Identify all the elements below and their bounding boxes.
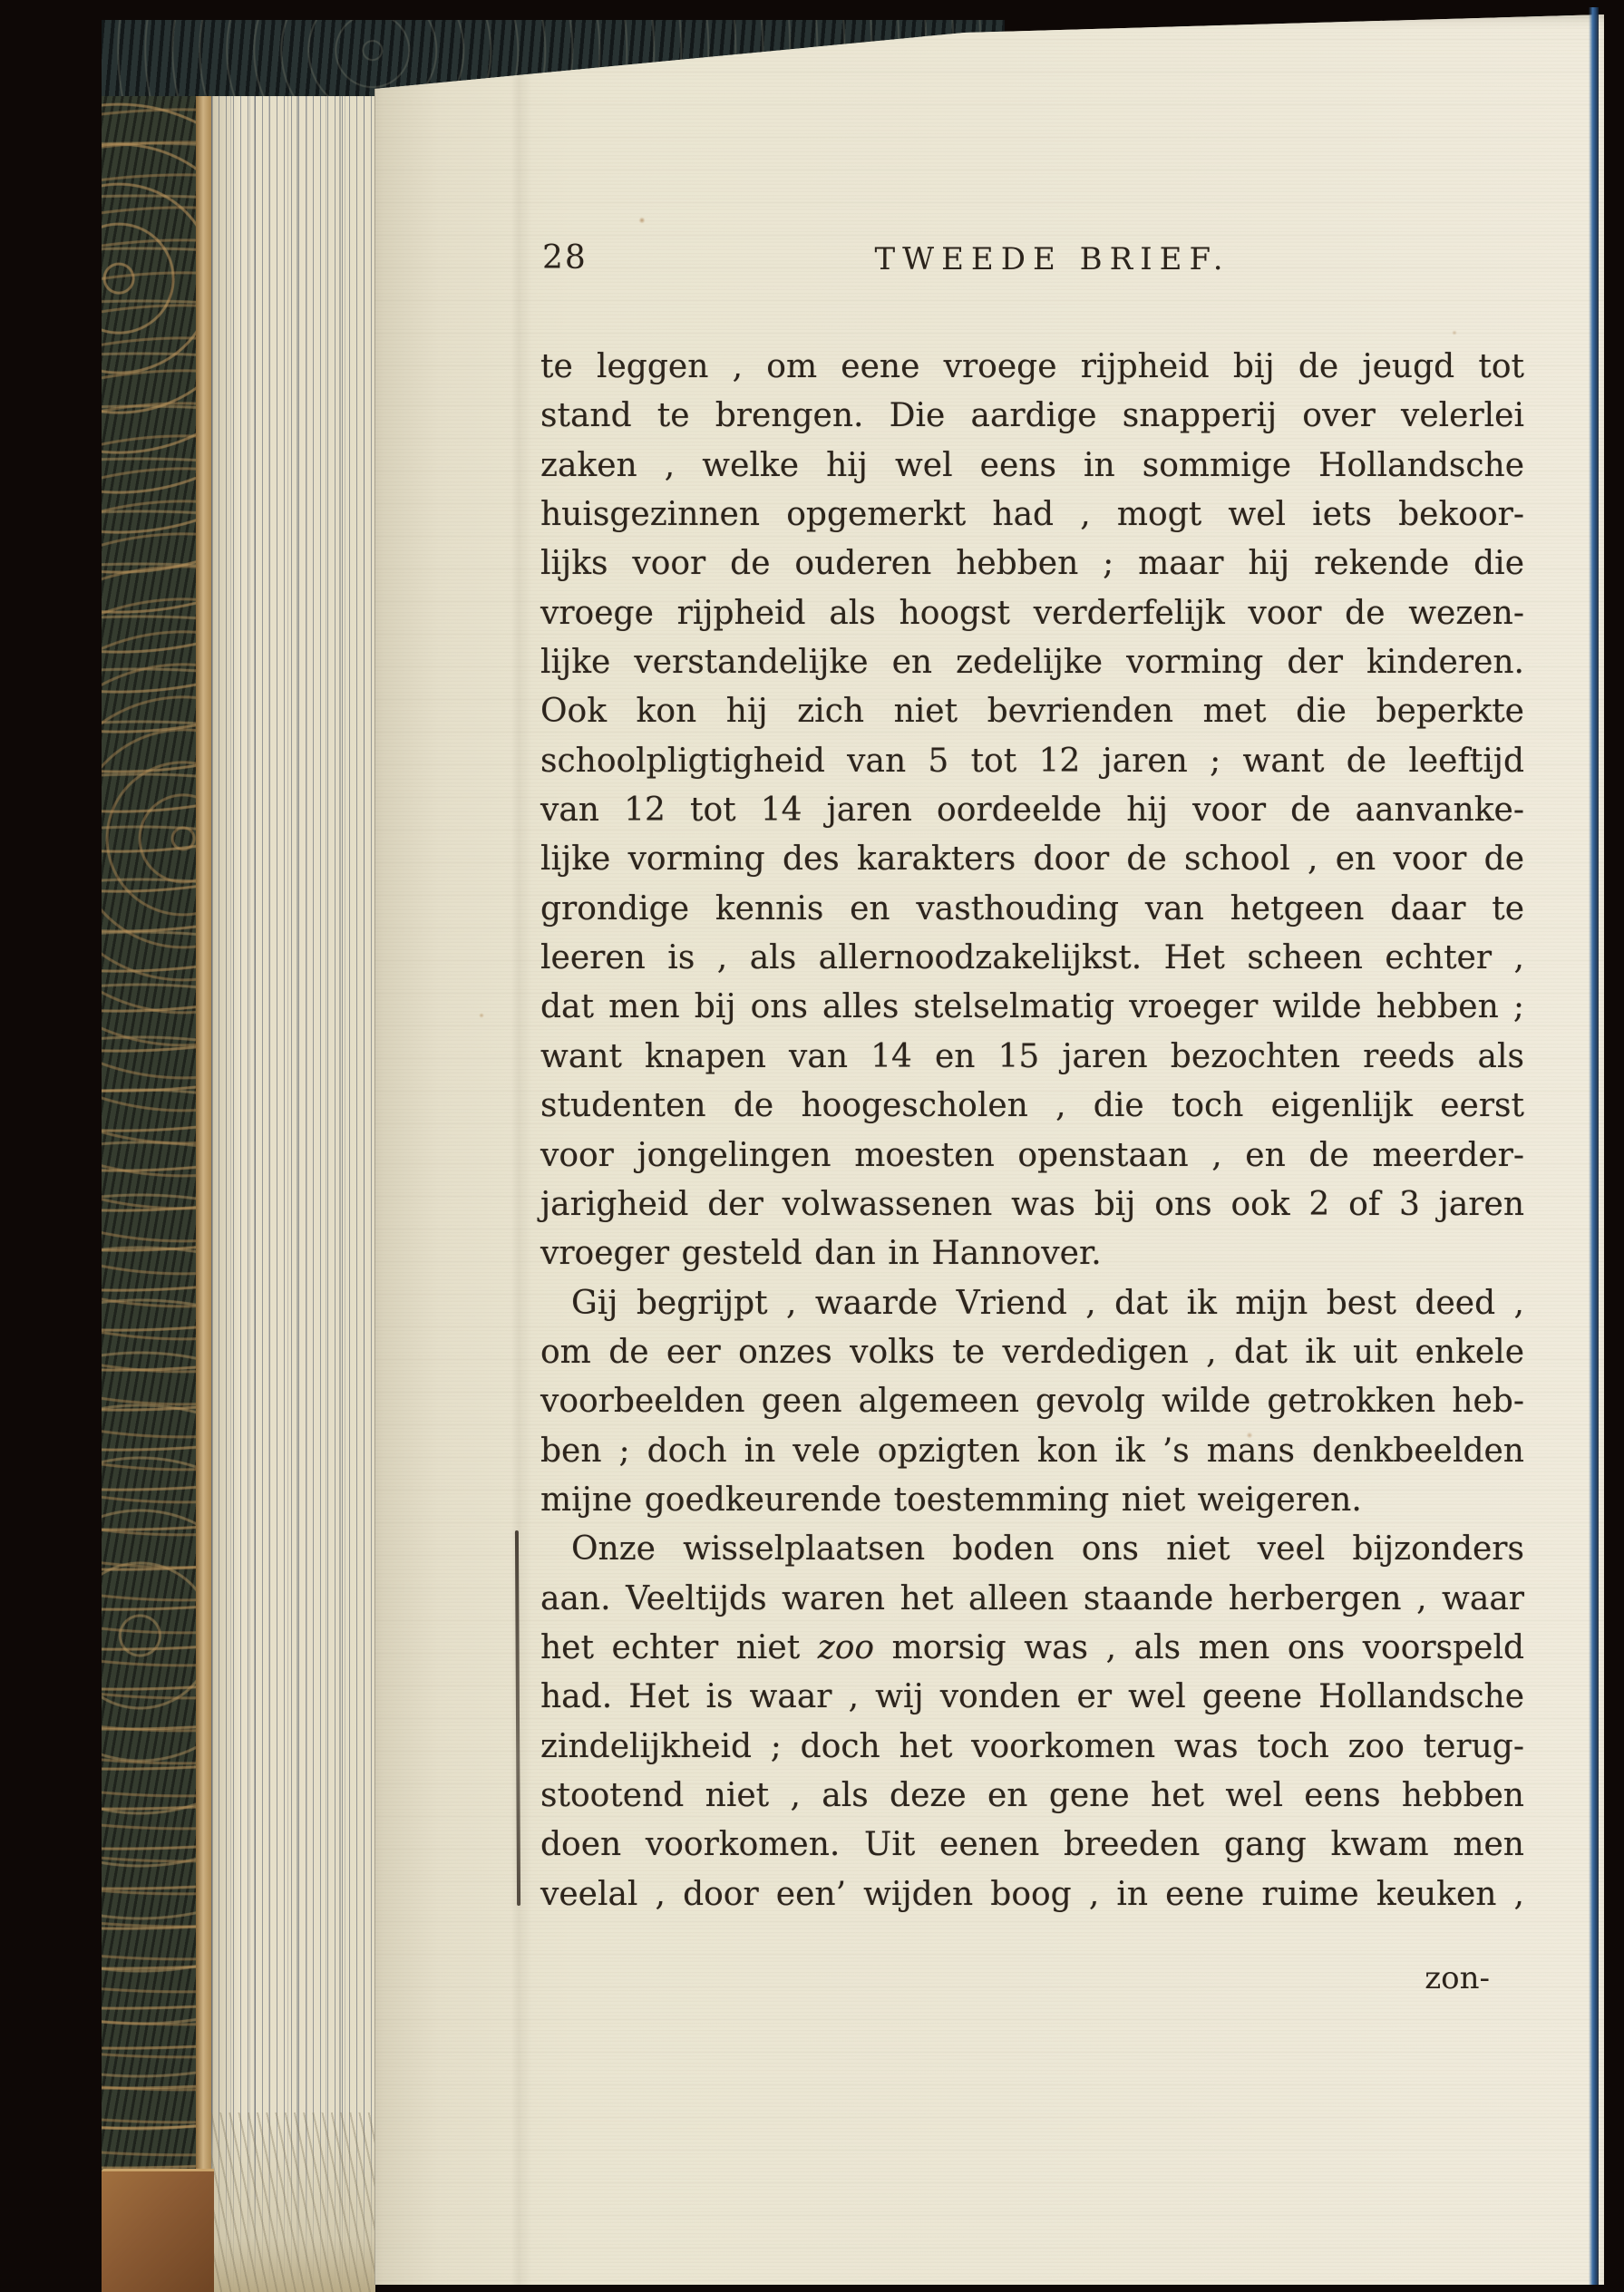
text-line: mijne goedkeurende toestemming niet weig… bbox=[540, 1476, 1524, 1525]
text-line: lijke vorming des karakters door de scho… bbox=[540, 835, 1524, 884]
text-line: om de eer onzes volks te verdedigen , da… bbox=[540, 1328, 1524, 1377]
text-line: studenten de hoogescholen , die toch eig… bbox=[540, 1082, 1524, 1131]
text-line: lijke verstandelijke en zedelijke vormin… bbox=[540, 638, 1524, 687]
text-line: het echter niet zoo morsig was , als men… bbox=[540, 1624, 1524, 1673]
text-line: van 12 tot 14 jaren oordeelde hij voor d… bbox=[540, 786, 1524, 835]
text-line: vroeger gesteld dan in Hannover. bbox=[540, 1229, 1524, 1278]
text-line: Onze wisselplaatsen boden ons niet veel … bbox=[540, 1525, 1524, 1574]
text-line: lijks voor de ouderen hebben ; maar hij … bbox=[540, 539, 1524, 588]
text-line: voor jongelingen moesten openstaan , en … bbox=[540, 1131, 1524, 1180]
page-edge-stack bbox=[211, 50, 375, 2292]
leather-corner bbox=[102, 2169, 214, 2292]
running-header-row: 28 TWEEDE BRIEF. bbox=[540, 239, 1524, 283]
text-line: jarigheid der volwassenen was bij ons oo… bbox=[540, 1180, 1524, 1229]
text-line: zaken , welke hij wel eens in sommige Ho… bbox=[540, 442, 1524, 490]
text-line: want knapen van 14 en 15 jaren bezochten… bbox=[540, 1033, 1524, 1082]
text-line: aan. Veeltijds waren het alleen staande … bbox=[540, 1575, 1524, 1624]
text-line: stootend niet , als deze en gene het wel… bbox=[540, 1772, 1524, 1821]
book-photo: 28 TWEEDE BRIEF. te leggen , om eene vro… bbox=[0, 0, 1624, 2292]
text-line: grondige kennis en vasthouding van hetge… bbox=[540, 885, 1524, 934]
text-line: stand te brengen. Die aardige snapperij … bbox=[540, 392, 1524, 441]
leather-joint-strip bbox=[196, 27, 212, 2267]
marginal-pen-mark bbox=[515, 1530, 520, 1906]
text-line: voorbeelden geen algemeen gevolg wilde g… bbox=[540, 1377, 1524, 1426]
text-line: te leggen , om eene vroege rijpheid bij … bbox=[540, 343, 1524, 392]
marbled-cover-edge bbox=[102, 20, 198, 2174]
text-line: huisgezinnen opgemerkt had , mogt wel ie… bbox=[540, 490, 1524, 539]
page-number: 28 bbox=[542, 239, 588, 277]
text-line: Gij begrijpt , waarde Vriend , dat ik mi… bbox=[540, 1279, 1524, 1328]
text-line: had. Het is waar , wij vonden er wel gee… bbox=[540, 1673, 1524, 1722]
text-line: leeren is , als allernoodzakelijkst. Het… bbox=[540, 934, 1524, 983]
fore-edge-blue-line bbox=[1589, 7, 1599, 2285]
running-header-title: TWEEDE BRIEF. bbox=[874, 241, 1230, 277]
book-page: 28 TWEEDE BRIEF. te leggen , om eene vro… bbox=[374, 11, 1604, 2285]
text-line: doen voorkomen. Uit eenen breeden gang k… bbox=[540, 1821, 1524, 1870]
text-line: vroege rijpheid als hoogst verderfelijk … bbox=[540, 589, 1524, 638]
text-line: ben ; doch in vele opzigten kon ik ’s ma… bbox=[540, 1427, 1524, 1476]
text-line: zindelijkheid ; doch het voorkomen was t… bbox=[540, 1723, 1524, 1772]
bottom-page-fan bbox=[211, 2112, 375, 2292]
text-line: dat men bij ons alles stelselmatig vroeg… bbox=[540, 983, 1524, 1032]
text-column: te leggen , om eene vroege rijpheid bij … bbox=[540, 343, 1524, 1919]
catchword: zon- bbox=[540, 1960, 1524, 1996]
text-line: Ook kon hij zich niet bevrienden met die… bbox=[540, 687, 1524, 736]
text-line: veelal , door een’ wijden boog , in eene… bbox=[540, 1870, 1524, 1919]
text-line: schoolpligtigheid van 5 tot 12 jaren ; w… bbox=[540, 737, 1524, 786]
